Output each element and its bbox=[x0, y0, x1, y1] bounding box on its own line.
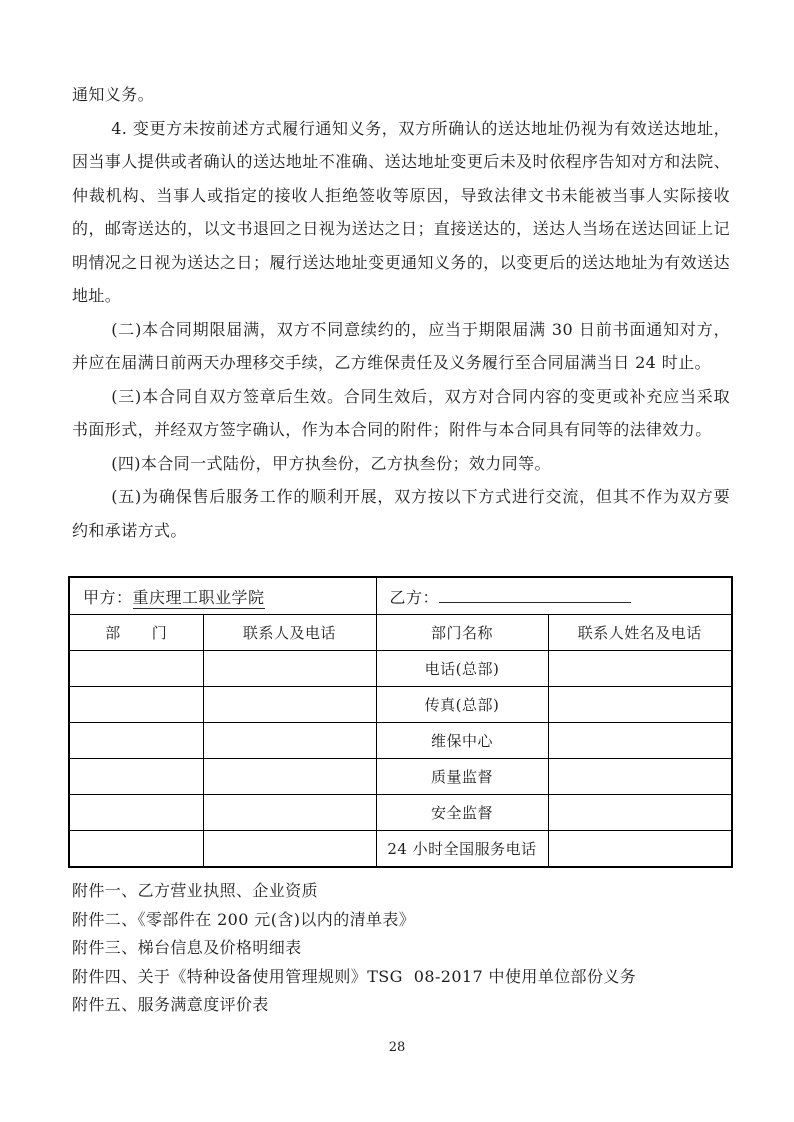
contract-paragraph: 通知义务。 bbox=[72, 78, 730, 112]
empty-cell bbox=[203, 723, 376, 759]
empty-cell bbox=[548, 759, 732, 795]
table-row: 24 小时全国服务电话 bbox=[69, 831, 732, 868]
header-dept: 部 门 bbox=[69, 615, 203, 651]
empty-cell bbox=[69, 831, 203, 868]
contract-paragraph: (四)本合同一式陆份，甲方执叁份，乙方执叁份；效力同等。 bbox=[72, 447, 730, 481]
document-page: 通知义务。 4. 变更方未按前述方式履行通知义务，双方所确认的送达地址仍视为有效… bbox=[0, 0, 794, 1122]
attachments-list: 附件一、乙方营业执照、企业资质 附件二、《零部件在 200 元(含)以内的清单表… bbox=[72, 877, 730, 1020]
empty-cell bbox=[548, 795, 732, 831]
dept-name-cell: 维保中心 bbox=[376, 723, 548, 759]
empty-cell bbox=[203, 795, 376, 831]
contract-paragraph: (二)本合同期限届满，双方不同意续约的，应当于期限届满 30 日前书面通知对方，… bbox=[72, 313, 730, 380]
empty-cell bbox=[69, 723, 203, 759]
empty-cell bbox=[548, 831, 732, 868]
header-contact-name-phone: 联系人姓名及电话 bbox=[548, 615, 732, 651]
party-a-cell: 甲方：重庆理工职业学院 bbox=[69, 577, 376, 615]
contract-paragraph: (三)本合同自双方签章后生效。合同生效后，双方对合同内容的变更或补充应当采取书面… bbox=[72, 380, 730, 447]
party-row: 甲方：重庆理工职业学院 乙方： bbox=[69, 577, 732, 615]
header-contact-phone: 联系人及电话 bbox=[203, 615, 376, 651]
dept-name-cell: 24 小时全国服务电话 bbox=[376, 831, 548, 868]
empty-cell bbox=[548, 651, 732, 687]
empty-cell bbox=[203, 651, 376, 687]
empty-cell bbox=[69, 687, 203, 723]
dept-name-cell: 传真(总部) bbox=[376, 687, 548, 723]
party-a-name: 重庆理工职业学院 bbox=[133, 588, 265, 609]
empty-cell bbox=[203, 759, 376, 795]
table-row: 安全监督 bbox=[69, 795, 732, 831]
empty-cell bbox=[69, 795, 203, 831]
empty-cell bbox=[203, 831, 376, 868]
empty-cell bbox=[69, 651, 203, 687]
attachment-item: 附件二、《零部件在 200 元(含)以内的清单表》 bbox=[72, 906, 730, 935]
page-number: 28 bbox=[0, 1040, 794, 1055]
header-dept-name: 部门名称 bbox=[376, 615, 548, 651]
party-b-blank-line bbox=[439, 589, 631, 603]
attachment-item: 附件四、关于《特种设备使用管理规则》TSG 08-2017 中使用单位部份义务 bbox=[72, 963, 730, 992]
table-row: 质量监督 bbox=[69, 759, 732, 795]
table-row: 传真(总部) bbox=[69, 687, 732, 723]
party-b-cell: 乙方： bbox=[376, 577, 732, 615]
empty-cell bbox=[548, 723, 732, 759]
table-row: 维保中心 bbox=[69, 723, 732, 759]
empty-cell bbox=[69, 759, 203, 795]
attachment-item: 附件一、乙方营业执照、企业资质 bbox=[72, 877, 730, 906]
attachment-item: 附件五、服务满意度评价表 bbox=[72, 991, 730, 1020]
contract-paragraph: 4. 变更方未按前述方式履行通知义务，双方所确认的送达地址仍视为有效送达地址，因… bbox=[72, 112, 730, 313]
dept-name-cell: 安全监督 bbox=[376, 795, 548, 831]
party-b-label: 乙方： bbox=[390, 588, 440, 607]
dept-name-cell: 电话(总部) bbox=[376, 651, 548, 687]
contract-body: 通知义务。 4. 变更方未按前述方式履行通知义务，双方所确认的送达地址仍视为有效… bbox=[72, 78, 730, 547]
table-header-row: 部 门 联系人及电话 部门名称 联系人姓名及电话 bbox=[69, 615, 732, 651]
contract-paragraph: (五)为确保售后服务工作的顺利开展，双方按以下方式进行交流，但其不作为双方要约和… bbox=[72, 480, 730, 547]
contact-table: 甲方：重庆理工职业学院 乙方： 部 门 联系人及电话 部门名称 联系人姓名及电话… bbox=[68, 576, 733, 868]
table-row: 电话(总部) bbox=[69, 651, 732, 687]
empty-cell bbox=[203, 687, 376, 723]
party-a-label: 甲方： bbox=[83, 588, 133, 607]
dept-name-cell: 质量监督 bbox=[376, 759, 548, 795]
attachment-item: 附件三、梯台信息及价格明细表 bbox=[72, 934, 730, 963]
empty-cell bbox=[548, 687, 732, 723]
